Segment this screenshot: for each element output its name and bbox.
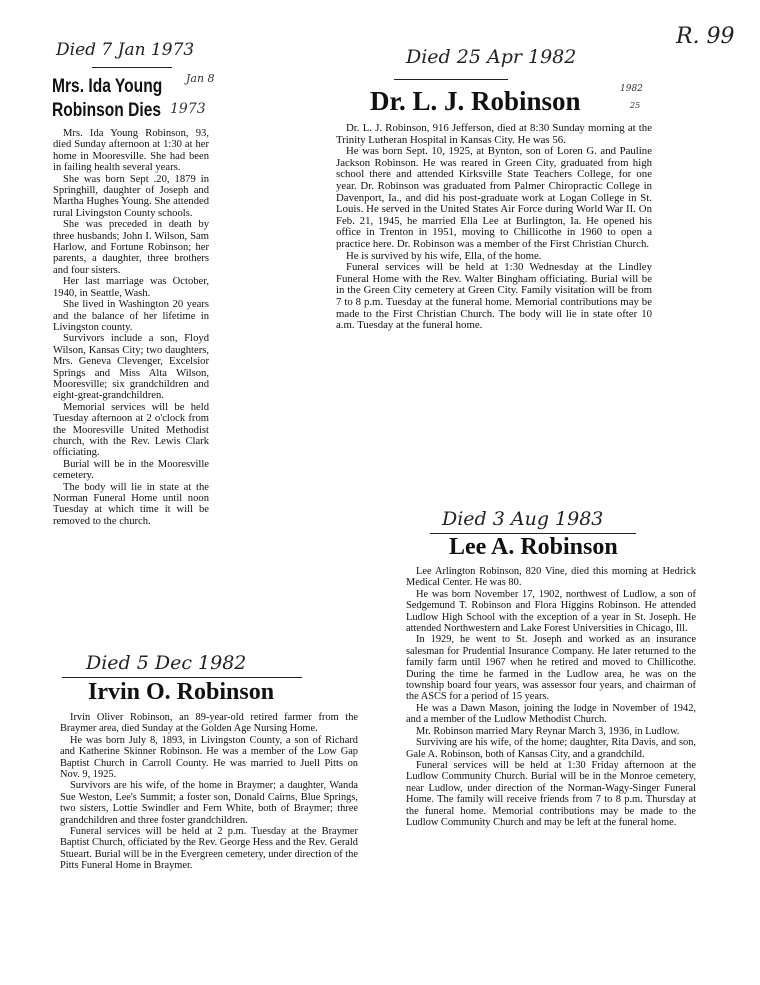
headline: Mrs. Ida Young Robinson Dies — [52, 75, 162, 123]
paragraph: He was born November 17, 1902, northwest… — [406, 589, 696, 635]
paragraph: Survivors include a son, Floyd Wilson, K… — [53, 333, 209, 401]
handwritten-date: Died 7 Jan 1973 — [56, 40, 194, 60]
headline: Irvin O. Robinson — [88, 678, 274, 706]
paragraph: Her last marriage was October, 1940, in … — [53, 276, 209, 299]
article-body: Lee Arlington Robinson, 820 Vine, died t… — [406, 566, 696, 828]
paragraph: The body will lie in state at the Norman… — [53, 482, 209, 528]
paragraph: Dr. L. J. Robinson, 916 Jefferson, died … — [336, 123, 652, 146]
article-body: Irvin Oliver Robinson, an 89-year-old re… — [60, 712, 358, 872]
article-body: Mrs. Ida Young Robinson, 93, died Sunday… — [53, 128, 209, 527]
handwritten-annotation: 1982 — [620, 84, 643, 94]
paragraph: Mrs. Ida Young Robinson, 93, died Sunday… — [53, 128, 209, 174]
paragraph: He was a Dawn Mason, joining the lodge i… — [406, 703, 696, 726]
handwritten-annotation: 1973 — [170, 101, 206, 117]
paragraph: She was preceded in death by three husba… — [53, 219, 209, 276]
page-reference: R. 99 — [676, 24, 735, 49]
headline: Dr. L. J. Robinson — [370, 86, 581, 116]
paragraph: Funeral services will be held at 1:30 Fr… — [406, 760, 696, 828]
paragraph: Mr. Robinson married Mary Reynar March 3… — [406, 726, 696, 737]
article-body: Dr. L. J. Robinson, 916 Jefferson, died … — [336, 123, 652, 332]
paragraph: He was born July 8, 1893, in Livingston … — [60, 735, 358, 781]
paragraph: Survivors are his wife, of the home in B… — [60, 780, 358, 826]
paragraph: Surviving are his wife, of the home; dau… — [406, 737, 696, 760]
paragraph: Funeral services will be held at 2 p.m. … — [60, 826, 358, 872]
headline-line-2: Robinson Dies — [52, 100, 161, 121]
handwritten-annotation: Jan 8 — [186, 72, 215, 85]
paragraph: Lee Arlington Robinson, 820 Vine, died t… — [406, 566, 696, 589]
paragraph: Burial will be in the Mooresville cemete… — [53, 459, 209, 482]
handwritten-annotation: 25 — [630, 101, 640, 110]
divider-rule — [394, 79, 508, 80]
divider-rule — [92, 67, 172, 68]
paragraph: In 1929, he went to St. Joseph and worke… — [406, 634, 696, 702]
handwritten-date: Died 25 Apr 1982 — [406, 46, 576, 68]
paragraph: She was born Sept .20, 1879 in Springhil… — [53, 174, 209, 220]
paragraph: Funeral services will be held at 1:30 We… — [336, 262, 652, 332]
headline-line-1: Mrs. Ida Young — [52, 76, 162, 97]
handwritten-date: Died 5 Dec 1982 — [86, 652, 246, 674]
paragraph: She lived in Washington 20 years and the… — [53, 299, 209, 333]
paragraph: He was born Sept. 10, 1925, at Bynton, s… — [336, 146, 652, 250]
headline: Lee A. Robinson — [449, 533, 618, 561]
paragraph: Memorial services will be held Tuesday a… — [53, 402, 209, 459]
handwritten-date: Died 3 Aug 1983 — [442, 508, 603, 530]
paragraph: Irvin Oliver Robinson, an 89-year-old re… — [60, 712, 358, 735]
